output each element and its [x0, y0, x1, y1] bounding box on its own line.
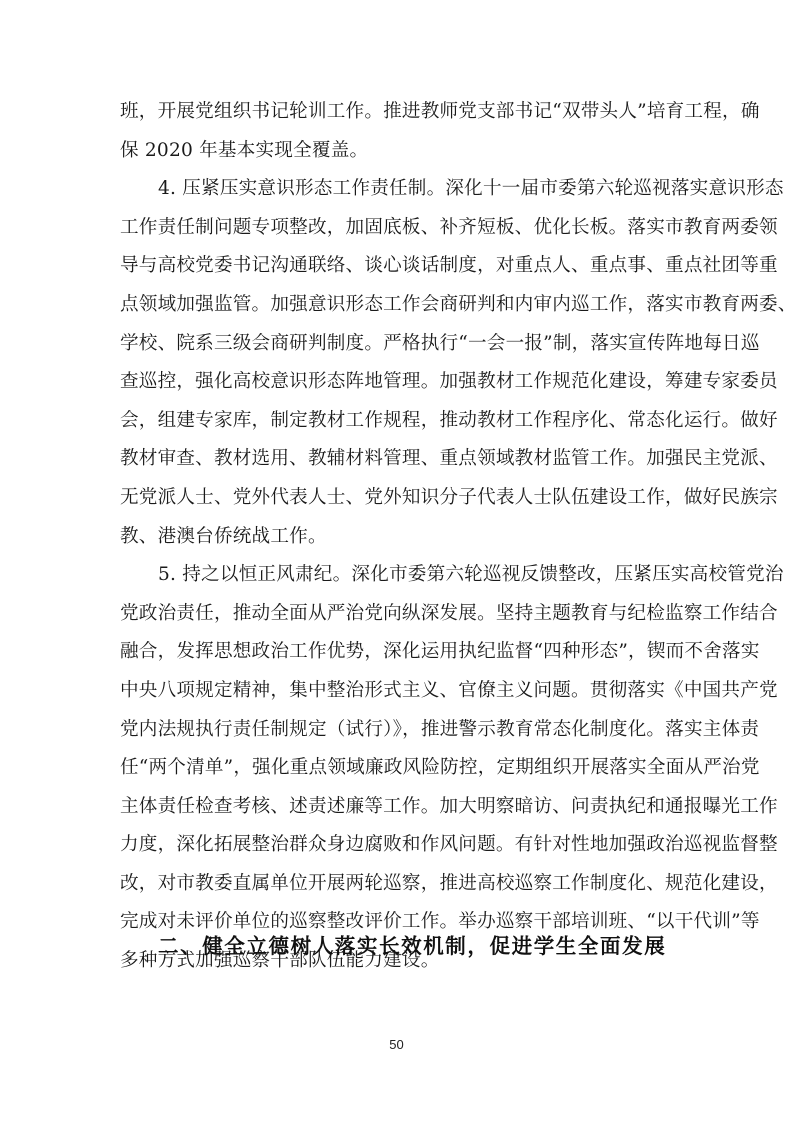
text-line: 主体责任检查考核、述责述廉等工作。加大明察暗访、问责执纪和通报曝光工作 — [120, 788, 672, 827]
text-line: 党政治责任，推动全面从严治党向纵深发展。坚持主题教育与纪检监察工作结合 — [120, 595, 672, 634]
section-heading: 二、健全立德树人落实长效机制，促进学生全面发展 — [158, 928, 666, 964]
body-text: 班，开展党组织书记轮训工作。推进教师党支部书记“双带头人”培育工程，确保 202… — [120, 93, 672, 981]
text-line: 任“两个清单”，强化重点领域廉政风险防控，定期组织开展落实全面从严治党 — [120, 749, 672, 788]
text-line: 无党派人士、党外代表人士、党外知识分子代表人士队伍建设工作，做好民族宗 — [120, 479, 672, 518]
text-line: 中央八项规定精神，集中整治形式主义、官僚主义问题。贯彻落实《中国共产党 — [120, 672, 672, 711]
text-line: 改，对市教委直属单位开展两轮巡察，推进高校巡察工作制度化、规范化建设， — [120, 865, 672, 904]
text-line: 教、港澳台侨统战工作。 — [120, 518, 672, 557]
text-line: 查巡控，强化高校意识形态阵地管理。加强教材工作规范化建设，筹建专家委员 — [120, 363, 672, 402]
text-line: 班，开展党组织书记轮训工作。推进教师党支部书记“双带头人”培育工程，确 — [120, 93, 672, 132]
text-line: 教材审查、教材选用、教辅材料管理、重点领域教材监管工作。加强民主党派、 — [120, 440, 672, 479]
text-line: 党内法规执行责任制规定（试行）》，推进警示教育常态化制度化。落实主体责 — [120, 711, 672, 750]
text-line: 导与高校党委书记沟通联络、谈心谈话制度，对重点人、重点事、重点社团等重 — [120, 247, 672, 286]
text-line: 工作责任制问题专项整改，加固底板、补齐短板、优化长板。落实市教育两委领 — [120, 209, 672, 248]
page-number: 50 — [0, 1037, 793, 1052]
text-line: 学校、院系三级会商研判制度。严格执行“一会一报”制，落实宣传阵地每日巡 — [120, 325, 672, 364]
text-line: 4. 压紧压实意识形态工作责任制。深化十一届市委第六轮巡视落实意识形态 — [120, 170, 672, 209]
text-line: 会，组建专家库，制定教材工作规程，推动教材工作程序化、常态化运行。做好 — [120, 402, 672, 441]
document-page: 班，开展党组织书记轮训工作。推进教师党支部书记“双带头人”培育工程，确保 202… — [0, 0, 793, 1122]
text-line: 点领域加强监管。加强意识形态工作会商研判和内审内巡工作，落实市教育两委、 — [120, 286, 672, 325]
text-line: 力度，深化拓展整治群众身边腐败和作风问题。有针对性地加强政治巡视监督整 — [120, 826, 672, 865]
text-line: 保 2020 年基本实现全覆盖。 — [120, 132, 672, 171]
text-line: 5. 持之以恒正风肃纪。深化市委第六轮巡视反馈整改，压紧压实高校管党治 — [120, 556, 672, 595]
text-line: 融合，发挥思想政治工作优势，深化运用执纪监督“四种形态”，锲而不舍落实 — [120, 633, 672, 672]
